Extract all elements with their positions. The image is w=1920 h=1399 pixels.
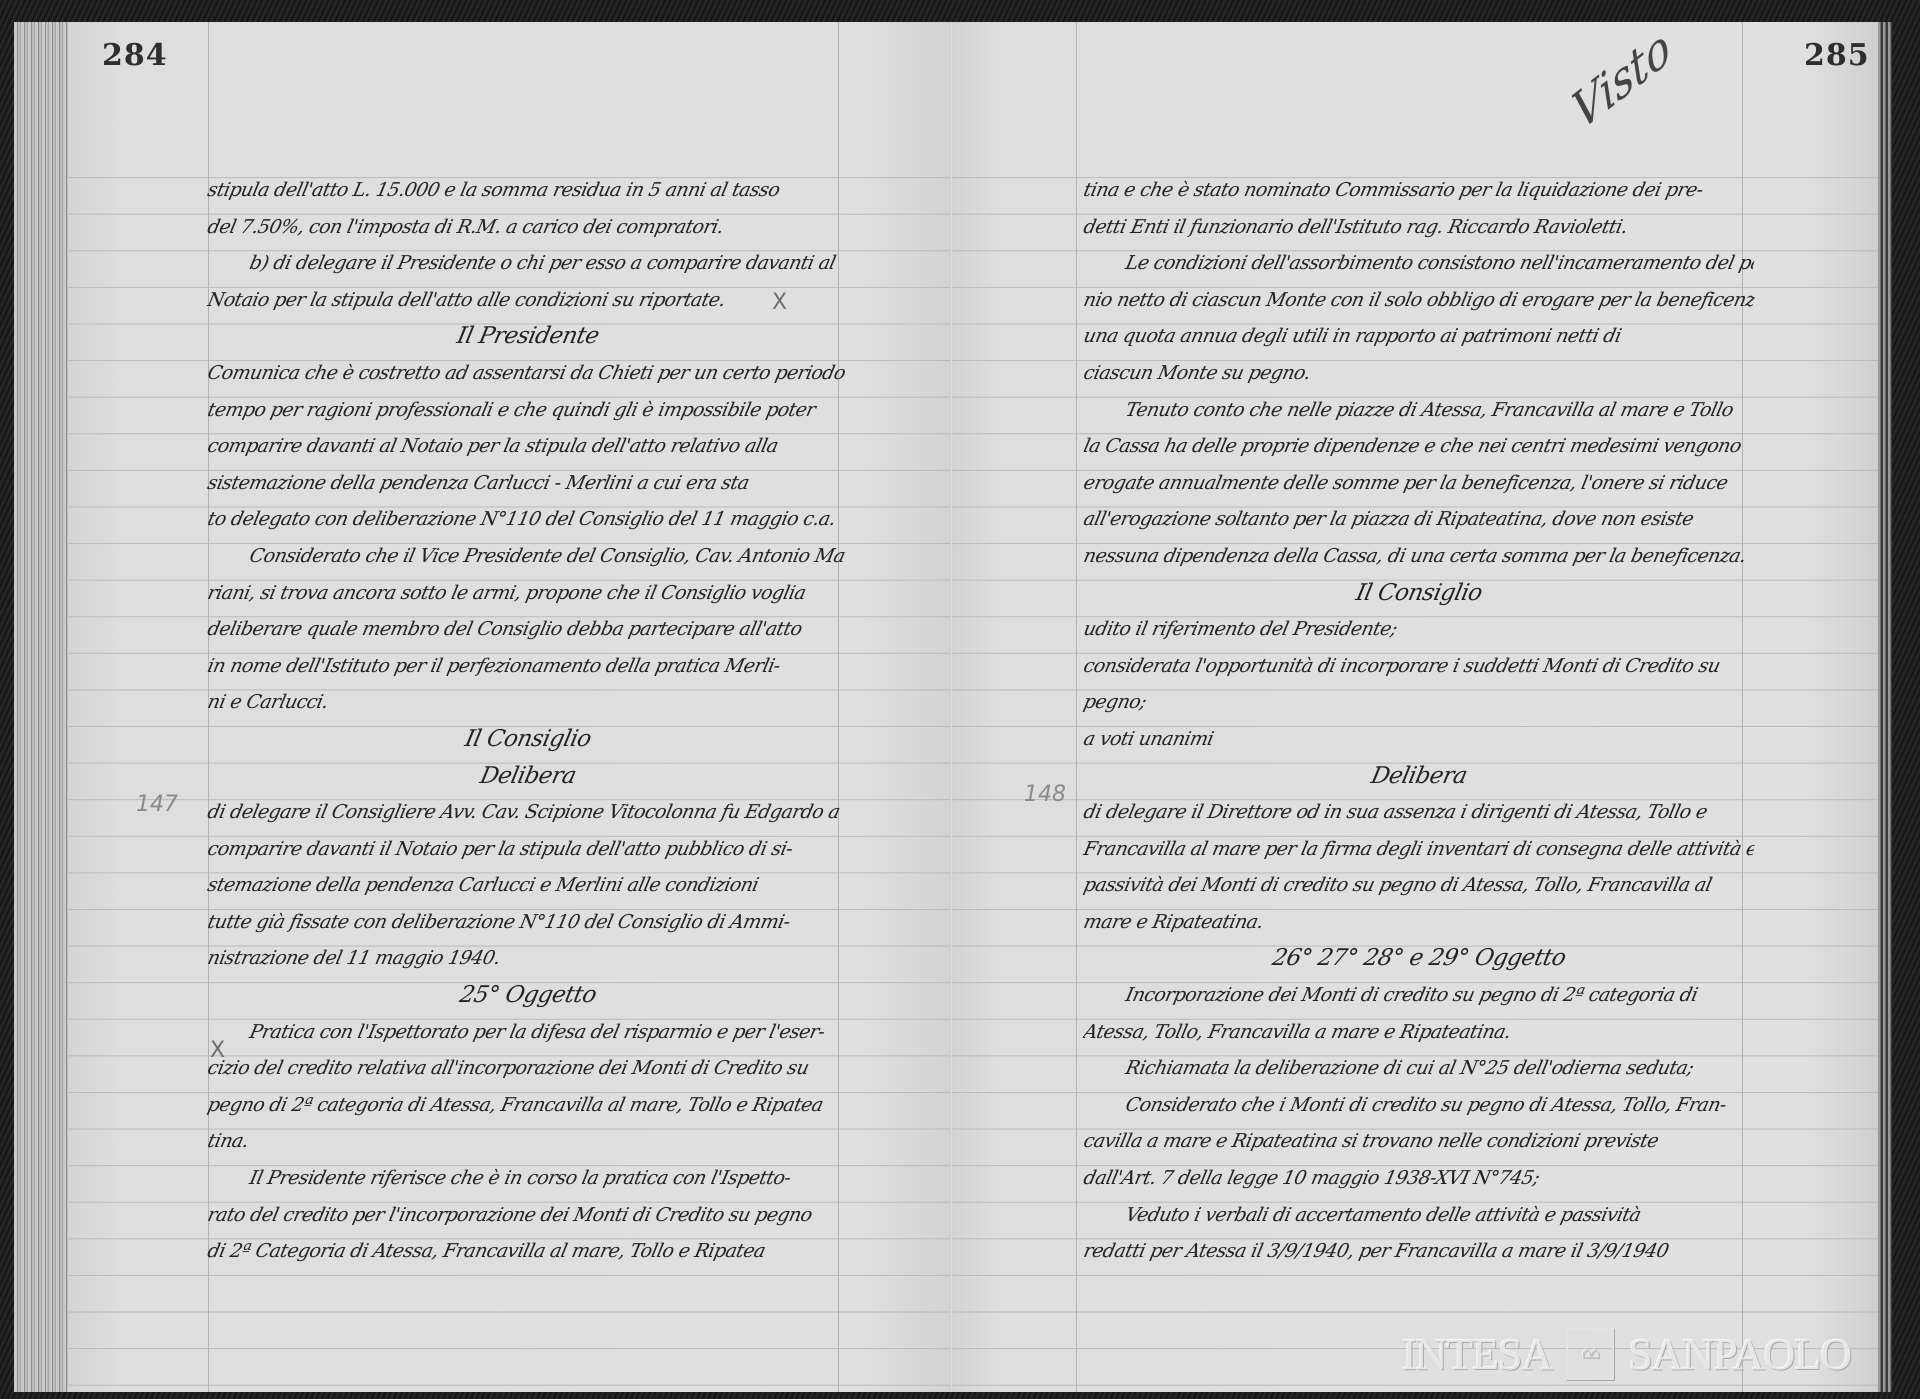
text-line: Considerato che i Monti di credito su pe…	[1080, 1087, 1758, 1124]
text-line: Pratica con l'Ispettorato per la difesa …	[204, 1014, 852, 1051]
margin-note-147: 147	[136, 792, 178, 817]
text-line: Incorporazione dei Monti di credito su p…	[1080, 977, 1758, 1014]
text-line: Comunica che è costretto ad assentarsi d…	[204, 355, 852, 392]
text-line: Tenuto conto che nelle piazze di Atessa,…	[1080, 392, 1758, 429]
section-heading-delibera: Delibera	[204, 758, 852, 795]
text-line: sistemazione della pendenza Carlucci - M…	[204, 465, 852, 502]
intesa-sanpaolo-watermark: INTESA ⌂⌂ SANPAOLO	[1402, 1328, 1851, 1380]
text-line: nistrazione del 11 maggio 1940.	[204, 940, 852, 977]
section-heading-oggetto-25: 25° Oggetto	[204, 977, 852, 1014]
text-line: Richiamata la deliberazione di cui al N°…	[1080, 1050, 1758, 1087]
text-line: redatti per Atessa il 3/9/1940, per Fran…	[1080, 1233, 1758, 1270]
watermark-right-word: SANPAOLO	[1628, 1329, 1851, 1380]
text-line: considerata l'opportunità di incorporare…	[1080, 648, 1758, 685]
text-line: del 7.50%, con l'imposta di R.M. a caric…	[204, 209, 852, 246]
text-line: Veduto i verbali di accertamento delle a…	[1080, 1197, 1758, 1234]
text-line: Le condizioni dell'assorbimento consisto…	[1080, 245, 1758, 282]
text-line: dall'Art. 7 della legge 10 maggio 1938-X…	[1080, 1160, 1758, 1197]
text-line: Francavilla al mare per la firma degli i…	[1080, 831, 1758, 868]
page-edges-right	[1878, 22, 1892, 1392]
text-line: udito il riferimento del Presidente;	[1080, 611, 1758, 648]
text-line: deliberare quale membro del Consiglio de…	[204, 611, 852, 648]
text-line: una quota annua degli utili in rapporto …	[1080, 318, 1758, 355]
text-line: tina.	[204, 1123, 852, 1160]
watermark-left-word: INTESA	[1402, 1329, 1552, 1380]
text-line: nio netto di ciascun Monte con il solo o…	[1080, 282, 1758, 319]
text-line: detti Enti il funzionario dell'Istituto …	[1080, 209, 1758, 246]
text-line: to delegato con deliberazione N°110 del …	[204, 501, 852, 538]
text-line: di delegare il Consigliere Avv. Cav. Sci…	[204, 794, 852, 831]
page-edges-left	[14, 22, 71, 1392]
text-line: rato del credito per l'incorporazione de…	[204, 1197, 852, 1234]
text-line: erogate annualmente delle somme per la b…	[1080, 465, 1758, 502]
text-line: b) di delegare il Presidente o chi per e…	[204, 245, 852, 282]
text-line: la Cassa ha delle proprie dipendenze e c…	[1080, 428, 1758, 465]
text-line: cizio del credito relativa all'incorpora…	[204, 1050, 852, 1087]
text-line: tina e che è stato nominato Commissario …	[1080, 172, 1758, 209]
section-heading-oggetti-26-29: 26° 27° 28° e 29° Oggetto	[1080, 940, 1758, 977]
text-line: Il Presidente riferisce che è in corso l…	[204, 1160, 852, 1197]
page-number-left: 284	[102, 38, 168, 73]
text-line: Notaio per la stipula dell'atto alle con…	[204, 282, 852, 319]
text-line: di 2ª Categoria di Atessa, Francavilla a…	[204, 1233, 852, 1270]
text-line: stipula dell'atto L. 15.000 e la somma r…	[204, 172, 852, 209]
text-line: mare e Ripateatina.	[1080, 904, 1758, 941]
text-line: tempo per ragioni professionali e che qu…	[204, 392, 852, 429]
page-number-right: 285	[1804, 38, 1870, 73]
text-line: tutte già fissate con deliberazione N°11…	[204, 904, 852, 941]
text-line: nessuna dipendenza della Cassa, di una c…	[1080, 538, 1758, 575]
text-line: riani, si trova ancora sotto le armi, pr…	[204, 575, 852, 612]
text-line: ciascun Monte su pegno.	[1080, 355, 1758, 392]
section-heading-consiglio: Il Consiglio	[204, 721, 852, 758]
text-line: pegno;	[1080, 684, 1758, 721]
text-line: pegno di 2ª categoria di Atessa, Francav…	[204, 1087, 852, 1124]
margin-note-148: 148	[1024, 782, 1066, 807]
text-line: Considerato che il Vice Presidente del C…	[204, 538, 852, 575]
right-page: 285 148 tina e che è stato nominato Comm…	[952, 22, 1878, 1392]
text-line: comparire davanti il Notaio per la stipu…	[204, 831, 852, 868]
text-line: cavilla a mare e Ripateatina si trovano …	[1080, 1123, 1758, 1160]
left-page-text: stipula dell'atto L. 15.000 e la somma r…	[204, 172, 844, 1270]
text-line: Atessa, Tollo, Francavilla a mare e Ripa…	[1080, 1014, 1758, 1051]
text-line: di delegare il Direttore od in sua assen…	[1080, 794, 1758, 831]
text-line: stemazione della pendenza Carlucci e Mer…	[204, 867, 852, 904]
text-line: comparire davanti al Notaio per la stipu…	[204, 428, 852, 465]
section-heading-consiglio: Il Consiglio	[1080, 575, 1758, 612]
text-line: in nome dell'Istituto per il perfezionam…	[204, 648, 852, 685]
bank-logo-icon: ⌂⌂	[1566, 1328, 1614, 1380]
section-heading-delibera: Delibera	[1080, 758, 1758, 795]
section-heading-presidente: Il Presidente	[204, 318, 852, 355]
text-line: passività dei Monti di credito su pegno …	[1080, 867, 1758, 904]
right-page-text: tina e che è stato nominato Commissario …	[1080, 172, 1750, 1270]
text-line: ni e Carlucci.	[204, 684, 852, 721]
margin-line-left	[1076, 22, 1077, 1392]
text-line: all'erogazione soltanto per la piazza di…	[1080, 501, 1758, 538]
left-page: 284 147 X X stipula dell'atto L. 15.000 …	[68, 22, 952, 1392]
text-line: a voti unanimi	[1080, 721, 1758, 758]
